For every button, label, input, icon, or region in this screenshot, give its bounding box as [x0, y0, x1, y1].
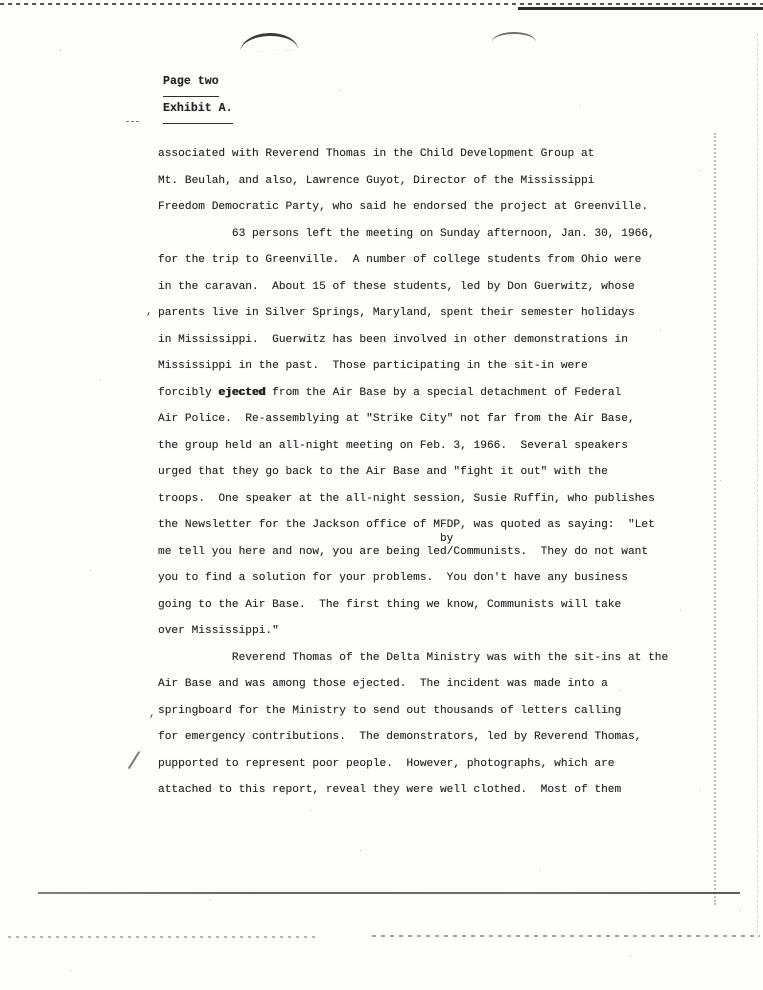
interline-insertion: by [440, 526, 453, 553]
text-line: Mt. Beulah, and also, Lawrence Guyot, Di… [158, 168, 668, 195]
text-line: Air Base and was among those ejected. Th… [158, 671, 668, 698]
scan-top-solid-line [518, 7, 763, 10]
document-body: associated with Reverend Thomas in the C… [158, 141, 668, 804]
text-segment: forcibly [158, 387, 218, 399]
scan-noise-speckles [60, 50, 61, 51]
page-number-label: Page two [163, 68, 233, 95]
text-line: 63 persons left the meeting on Sunday af… [158, 221, 668, 248]
text-line: attached to this report, reveal they wer… [158, 777, 668, 804]
margin-comma-mark: , [149, 708, 156, 720]
text-line: troops. One speaker at the all-night ses… [158, 486, 668, 513]
scan-top-dashed-line [0, 3, 763, 5]
pen-arc-mark-left [240, 32, 299, 52]
margin-dash-mark [126, 121, 139, 122]
scan-right-dotted-line [714, 133, 716, 905]
text-line: going to the Air Base. The first thing w… [158, 592, 668, 619]
text-line: Air Police. Re-assemblying at "Strike Ci… [158, 406, 668, 433]
text-line: Reverend Thomas of the Delta Ministry wa… [158, 645, 668, 672]
text-segment: me tell you here and now, you are being … [158, 546, 648, 558]
text-line: you to find a solution for your problems… [158, 565, 668, 592]
text-line-overstruck: forcibly ejected from the Air Base by a … [158, 380, 668, 407]
text-line: urged that they go back to the Air Base … [158, 459, 668, 486]
document-header: Page two Exhibit A. [163, 68, 233, 122]
scan-right-edge-line [757, 33, 758, 938]
text-line: for the trip to Greenville. A number of … [158, 247, 668, 274]
text-line: over Mississippi." [158, 618, 668, 645]
scan-bottom-dashed-line [372, 935, 760, 937]
text-line: the Newsletter for the Jackson office of… [158, 512, 668, 539]
text-line: for emergency contributions. The demonst… [158, 724, 668, 751]
pen-slash-mark [128, 751, 140, 769]
exhibit-label: Exhibit A. [163, 95, 233, 122]
scan-bottom-rule-line [38, 892, 740, 894]
overstruck-word: ejected [218, 387, 265, 399]
text-line: springboard for the Ministry to send out… [158, 698, 668, 725]
pen-arc-mark-right [492, 32, 536, 42]
text-segment: from the Air Base by a special detachmen… [265, 387, 621, 399]
text-line: Freedom Democratic Party, who said he en… [158, 194, 668, 221]
margin-comma-mark: , [146, 306, 153, 318]
scanned-document-page: Page two Exhibit A. associated with Reve… [0, 0, 763, 990]
text-line-with-insertion: byme tell you here and now, you are bein… [158, 539, 668, 566]
text-line: in Mississippi. Guerwitz has been involv… [158, 327, 668, 354]
text-line: Mississippi in the past. Those participa… [158, 353, 668, 380]
text-line: parents live in Silver Springs, Maryland… [158, 300, 668, 327]
text-line: the group held an all-night meeting on F… [158, 433, 668, 460]
text-line: in the caravan. About 15 of these studen… [158, 274, 668, 301]
scan-bottom-dashed-line [8, 936, 318, 938]
text-line: associated with Reverend Thomas in the C… [158, 141, 668, 168]
text-line: pupported to represent poor people. Howe… [158, 751, 668, 778]
